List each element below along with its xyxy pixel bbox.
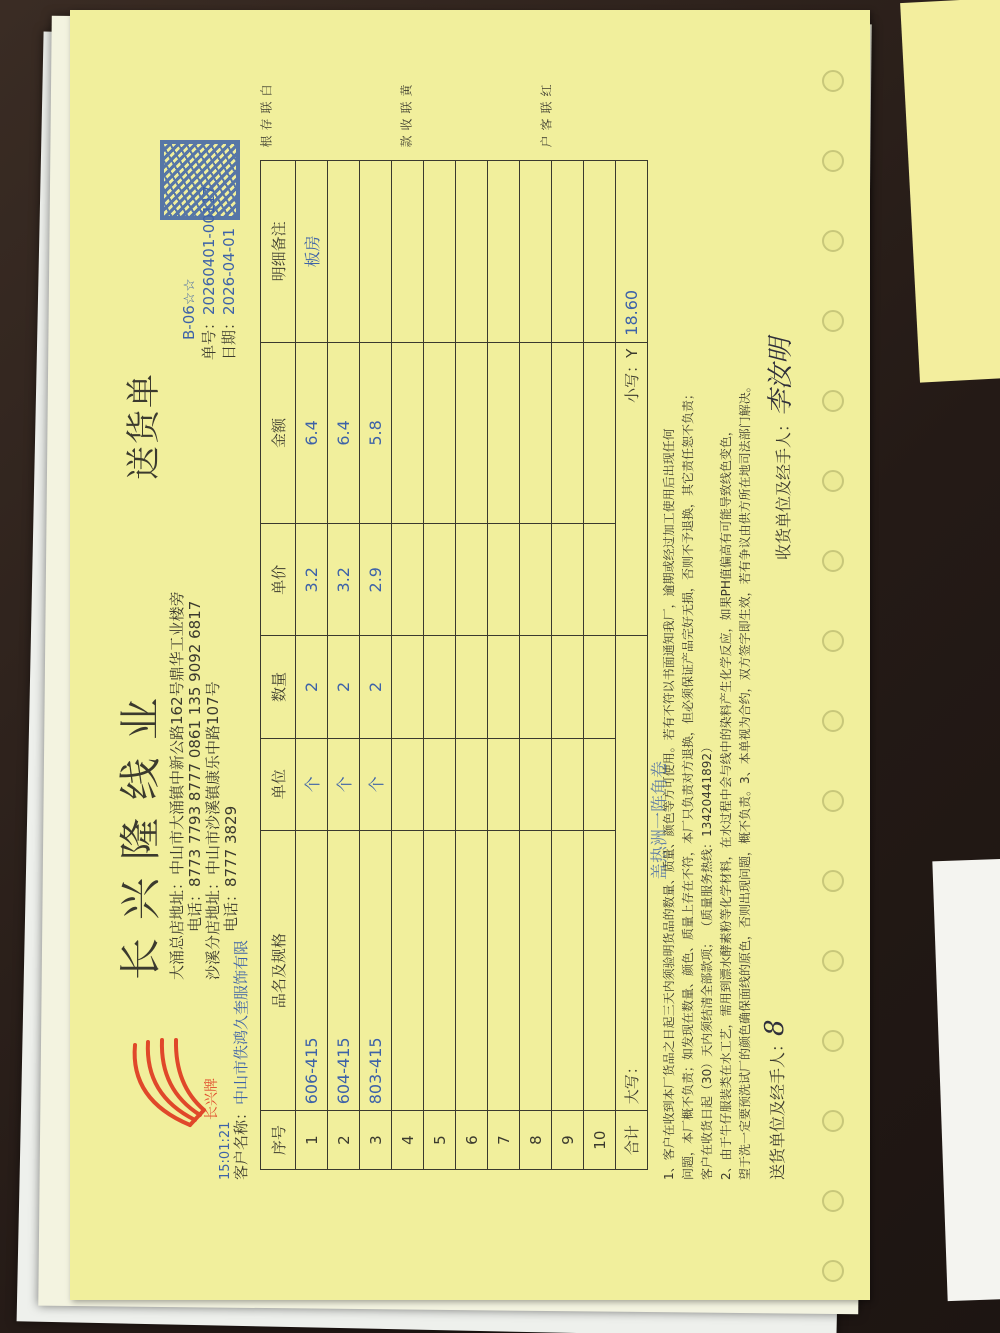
table-row: 7 — [488, 161, 520, 1170]
total-lower-value: 18.60 — [616, 161, 648, 343]
table-row: 2 604-415 个 2 3.2 6.4 — [328, 161, 360, 1170]
copy-label-yellow: 黄联收款 — [400, 82, 413, 150]
table-header-row: 序号 品名及规格 单位 数量 单价 金额 明细备注 — [261, 161, 296, 1170]
header-unit: 单位 — [261, 738, 296, 830]
terms-text: 1、客户在收到本厂货品之日起三天内须验明货品的数量、质量、颜色等方可使用。若有不… — [660, 120, 755, 1180]
receiver-signature-field: 收货单位及经手人：李汝明 — [760, 338, 797, 560]
table-row: 3 803-415 个 2 2.9 5.8 — [360, 161, 392, 1170]
header-amount: 金额 — [261, 342, 296, 523]
total-upper: 大写： — [616, 636, 648, 1111]
company-logo: 长兴牌 — [110, 1030, 220, 1140]
table-row: 10 — [584, 161, 616, 1170]
serial-code: B-06☆☆ — [180, 278, 198, 340]
logo-text: 长兴牌 — [203, 1078, 220, 1120]
form-header: 长兴牌 长兴隆线业 送货单 大涌总店地址：中山市大涌镇中新公路162号鼎华工业楼… — [100, 130, 250, 1180]
header-name: 品名及规格 — [261, 830, 296, 1110]
table-row: 1 606-415 个 2 3.2 6.4 板房 — [296, 161, 328, 1170]
copy-label-white: 白联存根 — [260, 82, 273, 150]
table-row: 9 — [552, 161, 584, 1170]
header-no: 序号 — [261, 1111, 296, 1170]
delivery-note-sheet: 长兴牌 长兴隆线业 送货单 大涌总店地址：中山市大涌镇中新公路162号鼎华工业楼… — [70, 10, 870, 1300]
table-row: 4 — [392, 161, 424, 1170]
table-row: 8 — [520, 161, 552, 1170]
fan-logo-icon: 长兴牌 — [110, 1030, 220, 1140]
receiver-signature: 李汝明 — [766, 338, 796, 416]
copy-label-red: 红联客户 — [540, 82, 553, 150]
header-note: 明细备注 — [261, 161, 296, 343]
total-lower-label: 小写：Y — [616, 342, 648, 636]
table-row: 6 — [456, 161, 488, 1170]
total-label: 合计 — [616, 1111, 648, 1170]
items-table: 序号 品名及规格 单位 数量 单价 金额 明细备注 1 606-415 个 2 … — [260, 160, 648, 1170]
sender-signature: 8 — [760, 1019, 790, 1036]
document-date: 日期：2026-04-01 — [218, 228, 239, 360]
company-name: 长兴隆线业 — [108, 680, 168, 980]
rotated-form: 长兴牌 长兴隆线业 送货单 大涌总店地址：中山市大涌镇中新公路162号鼎华工业楼… — [70, 10, 870, 1300]
header-price: 单价 — [261, 524, 296, 636]
document-type: 送货单 — [116, 372, 165, 480]
total-row: 合计 大写： 小写：Y 18.60 — [616, 161, 648, 1170]
qr-code-icon — [160, 140, 240, 220]
sender-signature-field: 送货单位及经手人：8 — [760, 1019, 790, 1180]
branch-phone: 电话：8777 3829 — [220, 806, 241, 932]
table-row: 5 — [424, 161, 456, 1170]
header-qty: 数量 — [261, 636, 296, 738]
customer-field: 客户名称：中山市佚鸿久奎服饰有限 — [230, 940, 251, 1180]
